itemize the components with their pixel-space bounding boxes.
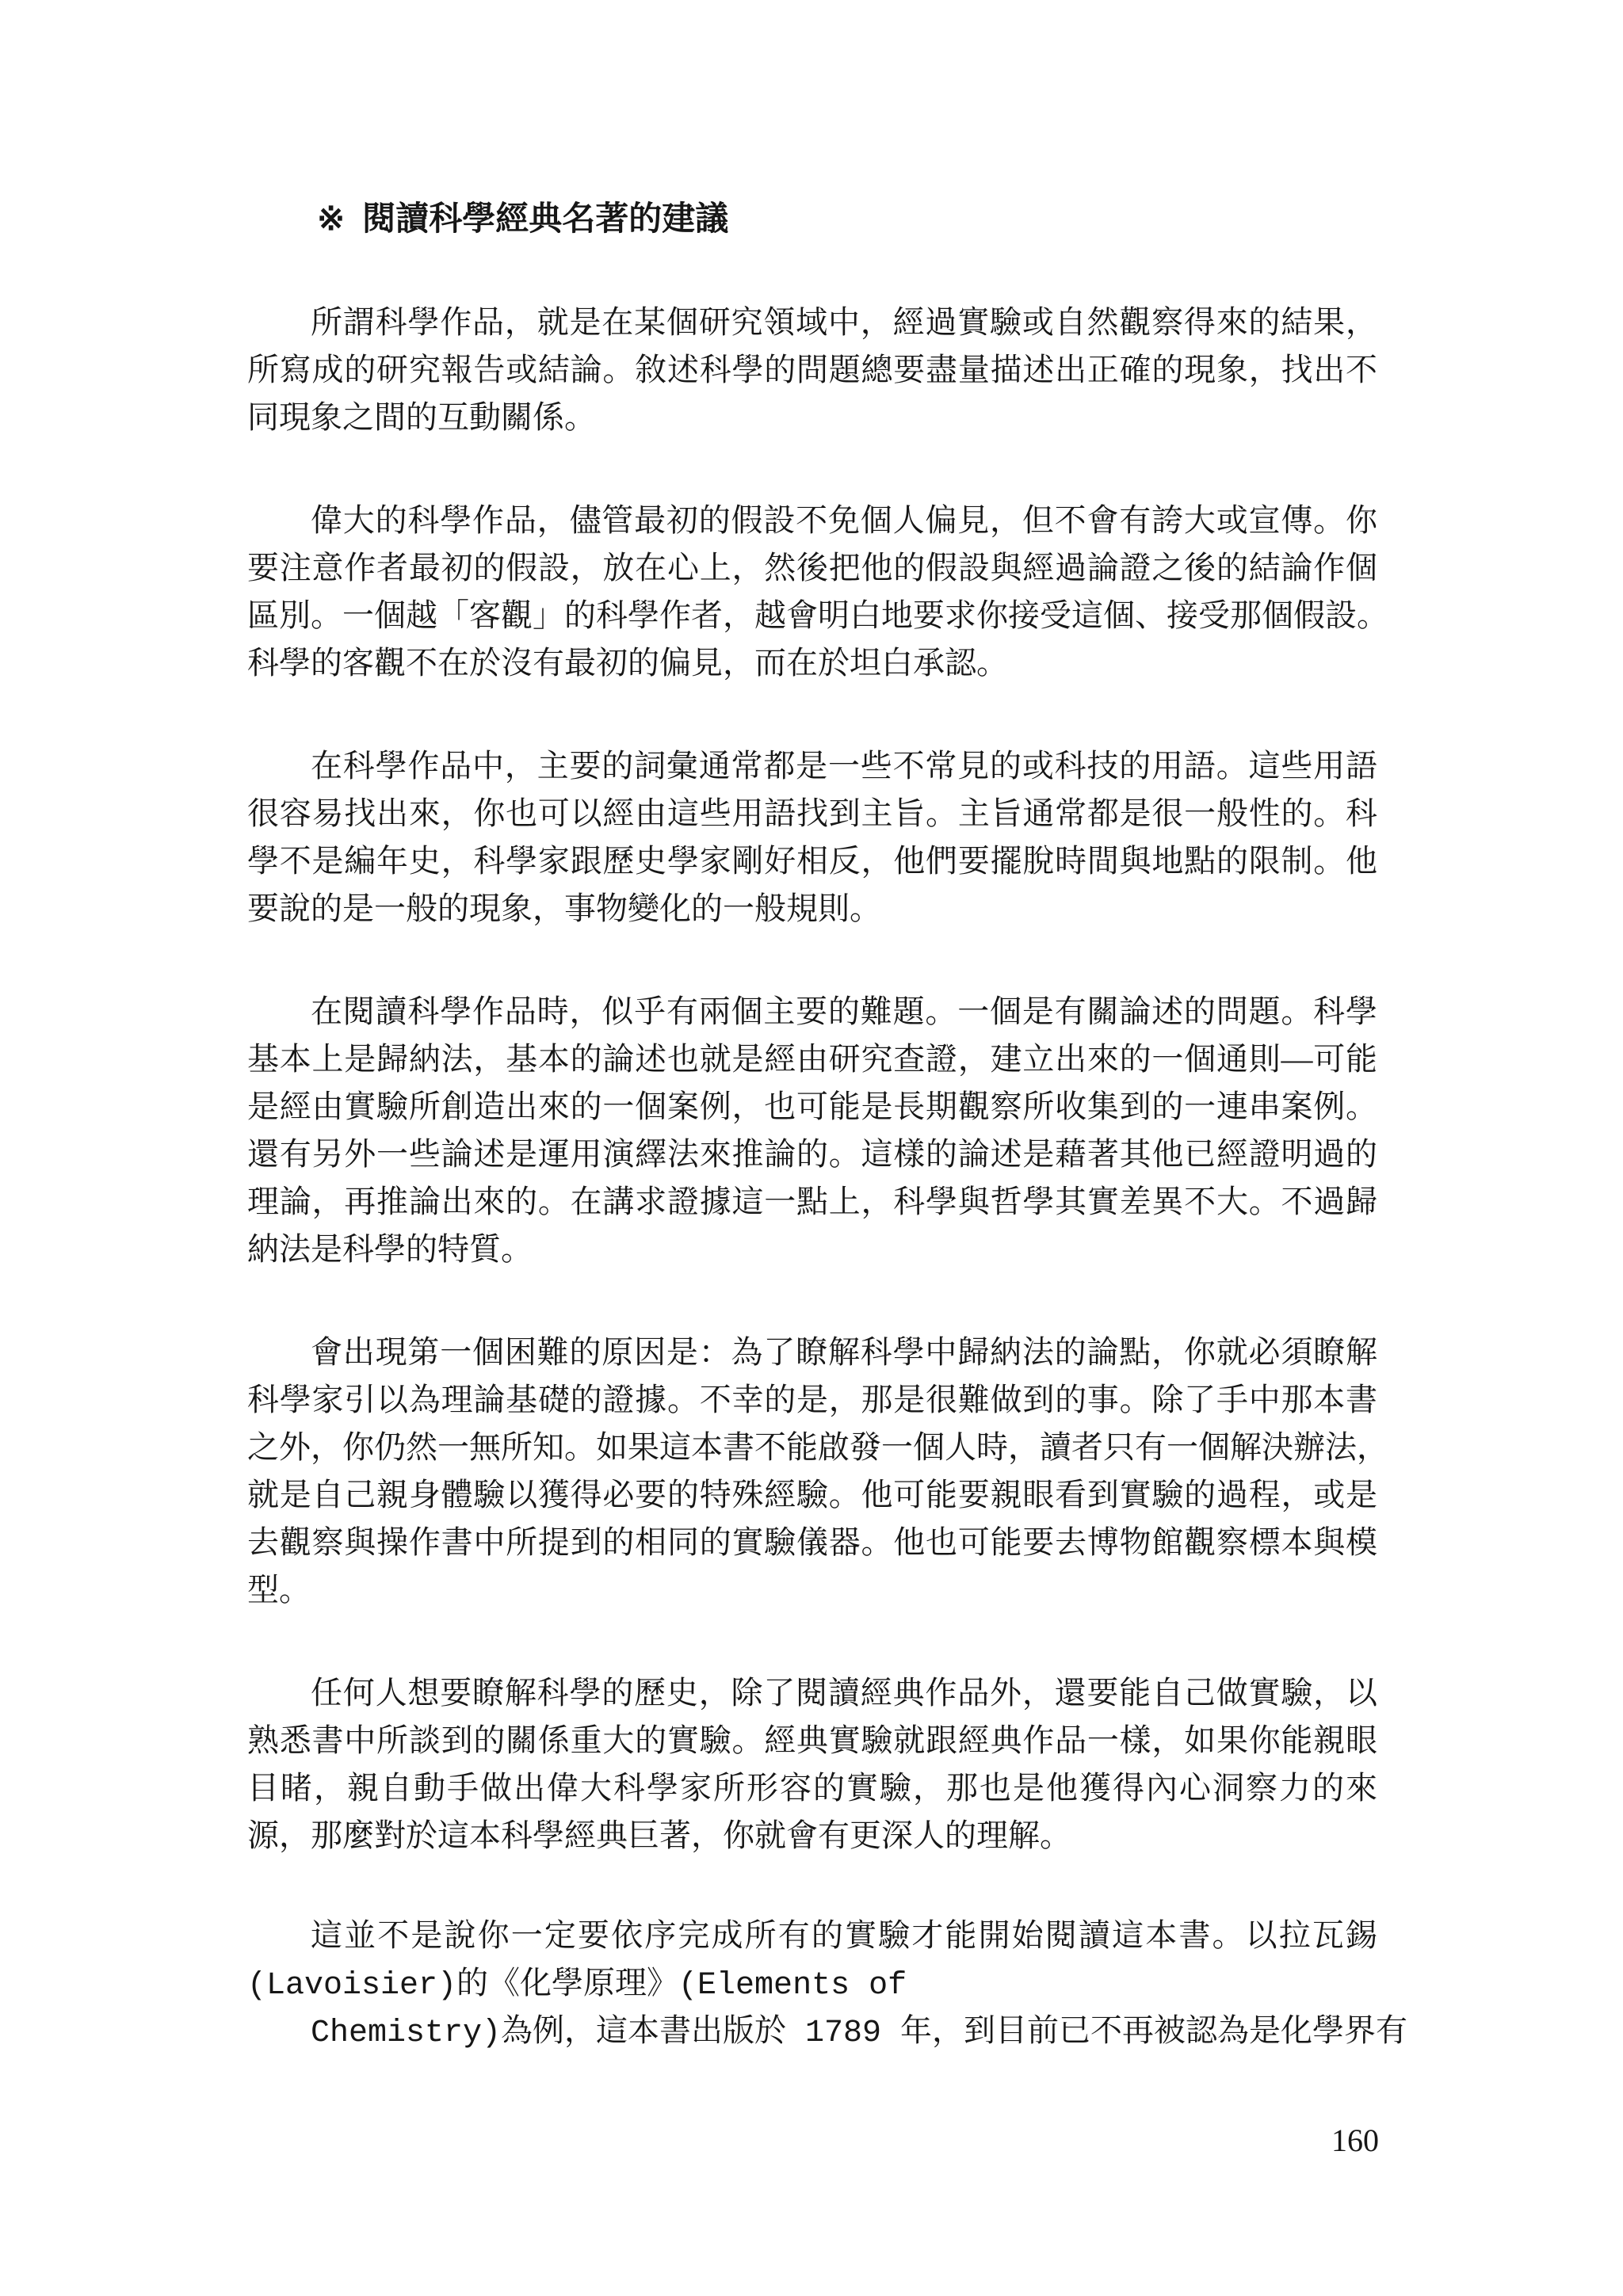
document-page: ※閱讀科學經典名著的建議 所謂科學作品，就是在某個研究領域中，經過實驗或自然觀察… xyxy=(0,0,1623,2296)
body-text: 所謂科學作品，就是在某個研究領域中，經過實驗或自然觀察得來的結果，所寫成的研究報… xyxy=(247,299,1377,2058)
paragraph: 所謂科學作品，就是在某個研究領域中，經過實驗或自然觀察得來的結果，所寫成的研究報… xyxy=(247,299,1377,441)
text-line: Chemistry)為例，這本書出版於 1789 年，到目前已不再被認為是化學界… xyxy=(247,2010,1377,2058)
paragraph: 偉大的科學作品，儘管最初的假設不免個人偏見，但不會有誇大或宣傳。你要注意作者最初… xyxy=(247,497,1377,687)
text-line: 要注意作者最初的假設，放在心上，然後把他的假設與經過論證之後的結論作個 xyxy=(247,544,1377,592)
paragraph: 在閱讀科學作品時，似乎有兩個主要的難題。一個是有關論述的問題。科學基本上是歸納法… xyxy=(247,988,1377,1273)
text-line: 源，那麼對於這本科學經典巨著，你就會有更深人的理解。 xyxy=(247,1812,1377,1859)
text-line: 區別。一個越「客觀」的科學作者，越會明白地要求你接受這個、接受那個假設。 xyxy=(247,592,1377,639)
text-line: 理論，再推論出來的。在講求證據這一點上，科學與哲學其實差異不大。不過歸 xyxy=(247,1178,1377,1226)
text-line: 去觀察與操作書中所提到的相同的實驗儀器。他也可能要去博物館觀察標本與模 xyxy=(247,1519,1377,1566)
text-line: 就是自己親身體驗以獲得必要的特殊經驗。他可能要親眼看到實驗的過程，或是 xyxy=(247,1471,1377,1519)
text-line: 科學家引以為理論基礎的證據。不幸的是，那是很難做到的事。除了手中那本書 xyxy=(247,1376,1377,1424)
text-line: 所謂科學作品，就是在某個研究領域中，經過實驗或自然觀察得來的結果， xyxy=(247,299,1377,346)
text-line: 之外，你仍然一無所知。如果這本書不能啟發一個人時，讀者只有一個解決辦法， xyxy=(247,1424,1377,1471)
text-line: 基本上是歸納法，基本的論述也就是經由研究查證，建立出來的一個通則—可能 xyxy=(247,1035,1377,1083)
text-line: 目睹，親自動手做出偉大科學家所形容的實驗，那也是他獲得內心洞察力的來 xyxy=(247,1764,1377,1812)
paragraph: 會出現第一個困難的原因是：為了瞭解科學中歸納法的論點，你就必須瞭解科學家引以為理… xyxy=(247,1329,1377,1614)
text-line: 是經由實驗所創造出來的一個案例，也可能是長期觀察所收集到的一連串案例。 xyxy=(247,1083,1377,1131)
page-number: 160 xyxy=(1331,2122,1379,2160)
paragraph: 這並不是說你一定要依序完成所有的實驗才能開始閱讀這本書。以拉瓦錫(Lavoisi… xyxy=(247,1915,1377,2058)
text-line: (Lavoisier)的《化學原理》(Elements of xyxy=(247,1962,1377,2010)
text-line: 同現象之間的互動關係。 xyxy=(247,394,1377,441)
text-line: 科學的客觀不在於沒有最初的偏見，而在於坦白承認。 xyxy=(247,639,1377,687)
text-line: 納法是科學的特質。 xyxy=(247,1226,1377,1273)
title-marker: ※ xyxy=(317,201,345,238)
text-line: 在科學作品中，主要的詞彙通常都是一些不常見的或科技的用語。這些用語 xyxy=(247,742,1377,790)
text-line: 任何人想要瞭解科學的歷史，除了閱讀經典作品外，還要能自己做實驗，以 xyxy=(247,1669,1377,1717)
paragraph: 在科學作品中，主要的詞彙通常都是一些不常見的或科技的用語。這些用語很容易找出來，… xyxy=(247,742,1377,933)
text-line: 這並不是說你一定要依序完成所有的實驗才能開始閱讀這本書。以拉瓦錫 xyxy=(247,1915,1377,1962)
text-line: 很容易找出來，你也可以經由這些用語找到主旨。主旨通常都是很一般性的。科 xyxy=(247,790,1377,837)
text-line: 所寫成的研究報告或結論。敘述科學的問題總要盡量描述出正確的現象，找出不 xyxy=(247,346,1377,394)
title-text: 閱讀科學經典名著的建議 xyxy=(362,201,728,238)
page-title: ※閱讀科學經典名著的建議 xyxy=(247,196,1377,243)
text-line: 型。 xyxy=(247,1566,1377,1614)
text-line: 學不是編年史，科學家跟歷史學家剛好相反，他們要擺脫時間與地點的限制。他 xyxy=(247,837,1377,885)
text-line: 還有另外一些論述是運用演繹法來推論的。這樣的論述是藉著其他已經證明過的 xyxy=(247,1131,1377,1178)
text-content: ※閱讀科學經典名著的建議 所謂科學作品，就是在某個研究領域中，經過實驗或自然觀察… xyxy=(247,196,1377,2113)
text-line: 要說的是一般的現象，事物變化的一般規則。 xyxy=(247,885,1377,933)
text-line: 偉大的科學作品，儘管最初的假設不免個人偏見，但不會有誇大或宣傳。你 xyxy=(247,497,1377,544)
text-line: 會出現第一個困難的原因是：為了瞭解科學中歸納法的論點，你就必須瞭解 xyxy=(247,1329,1377,1376)
paragraph: 任何人想要瞭解科學的歷史，除了閱讀經典作品外，還要能自己做實驗，以熟悉書中所談到… xyxy=(247,1669,1377,1859)
text-line: 熟悉書中所談到的關係重大的實驗。經典實驗就跟經典作品一樣，如果你能親眼 xyxy=(247,1717,1377,1764)
text-line: 在閱讀科學作品時，似乎有兩個主要的難題。一個是有關論述的問題。科學 xyxy=(247,988,1377,1035)
